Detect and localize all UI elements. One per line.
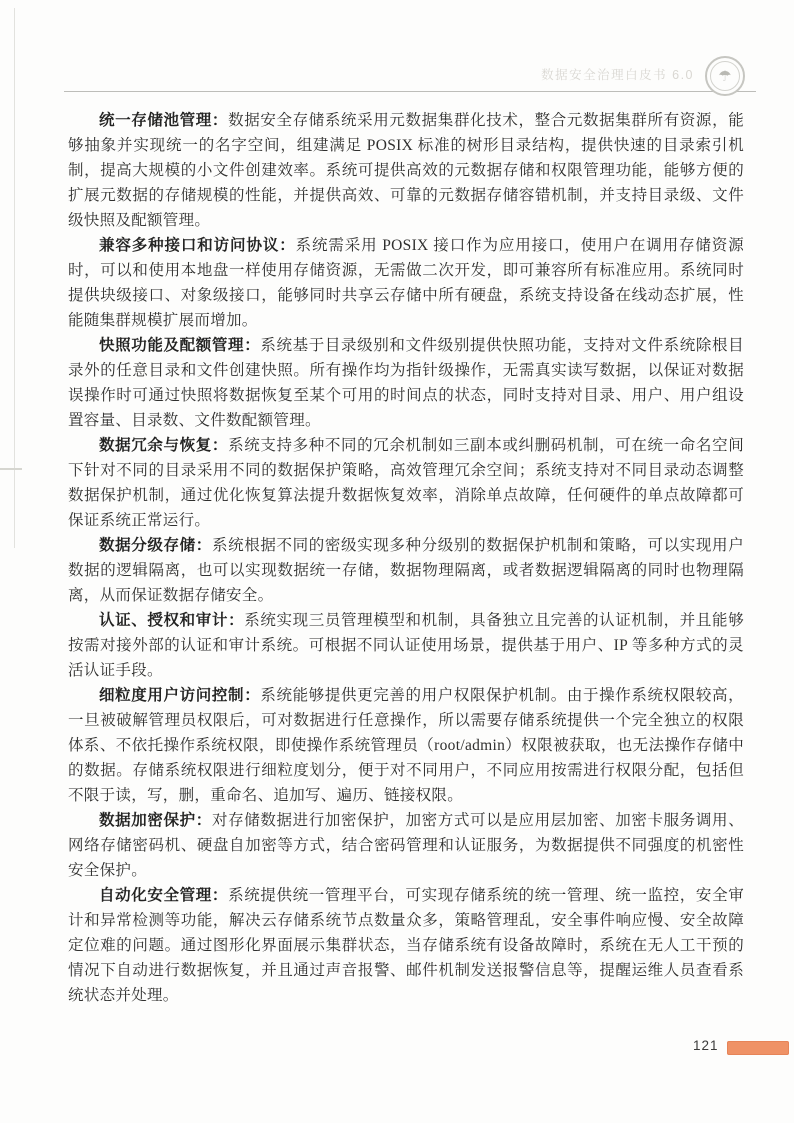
paragraph-lead: 快照功能及配额管理： xyxy=(99,337,260,354)
paragraph-text: 数据安全存储系统采用元数据集群化技术，整合元数据集群所有资源，能够抽象并实现统一… xyxy=(68,112,744,229)
paragraph: 数据加密保护：对存储数据进行加密保护，加密方式可以是应用层加密、加密卡服务调用、… xyxy=(68,808,744,883)
paragraph-lead: 数据分级存储： xyxy=(99,537,212,554)
page-number: 121 xyxy=(693,1038,719,1053)
paragraph-lead: 数据加密保护： xyxy=(99,812,212,829)
paragraph: 数据冗余与恢复：系统支持多种不同的冗余机制如三副本或纠删码机制，可在统一命名空间… xyxy=(68,433,744,533)
paragraph-lead: 统一存储池管理： xyxy=(99,112,228,129)
publisher-seal-logo: ☂ xyxy=(705,56,745,96)
paragraph: 快照功能及配额管理：系统基于目录级别和文件级别提供快照功能，支持对文件系统除根目… xyxy=(68,333,744,433)
paragraph-lead: 兼容多种接口和访问协议： xyxy=(99,237,296,254)
umbrella-icon: ☂ xyxy=(718,69,731,84)
paragraph: 自动化安全管理：系统提供统一管理平台，可实现存储系统的统一管理、统一监控，安全审… xyxy=(68,883,744,1008)
document-page: 数据安全治理白皮书 6.0 ☂ 统一存储池管理：数据安全存储系统采用元数据集群化… xyxy=(0,0,794,1123)
paragraph: 细粒度用户访问控制：系统能够提供更完善的用户权限保护机制。由于操作系统权限较高，… xyxy=(68,683,744,808)
paragraph-text: 系统能够提供更完善的用户权限保护机制。由于操作系统权限较高，一旦被破解管理员权限… xyxy=(68,687,744,804)
paragraph: 兼容多种接口和访问协议：系统需采用 POSIX 接口作为应用接口，使用户在调用存… xyxy=(68,233,744,333)
paragraph-text: 系统提供统一管理平台，可实现存储系统的统一管理、统一监控，安全审计和异常检测等功… xyxy=(68,887,744,1004)
footer-accent-bar xyxy=(727,1041,789,1055)
header-rule xyxy=(64,91,756,92)
header-title: 数据安全治理白皮书 6.0 xyxy=(541,65,694,83)
paragraph-lead: 自动化安全管理： xyxy=(99,887,228,904)
paragraph-lead: 细粒度用户访问控制： xyxy=(99,687,260,704)
scan-edge-artifact-line xyxy=(14,8,15,548)
paragraph-lead: 数据冗余与恢复： xyxy=(99,437,228,454)
paragraph: 数据分级存储：系统根据不同的密级实现多种分级别的数据保护机制和策略，可以实现用户… xyxy=(68,533,744,608)
paragraph-lead: 认证、授权和审计： xyxy=(99,612,244,629)
paragraph: 统一存储池管理：数据安全存储系统采用元数据集群化技术，整合元数据集群所有资源，能… xyxy=(68,108,744,233)
paragraph: 认证、授权和审计：系统实现三员管理模型和机制，具备独立且完善的认证机制，并且能够… xyxy=(68,608,744,683)
document-body: 统一存储池管理：数据安全存储系统采用元数据集群化技术，整合元数据集群所有资源，能… xyxy=(68,108,744,1008)
scan-edge-artifact-tick xyxy=(0,468,22,470)
seal-inner-ring: ☂ xyxy=(710,61,740,91)
